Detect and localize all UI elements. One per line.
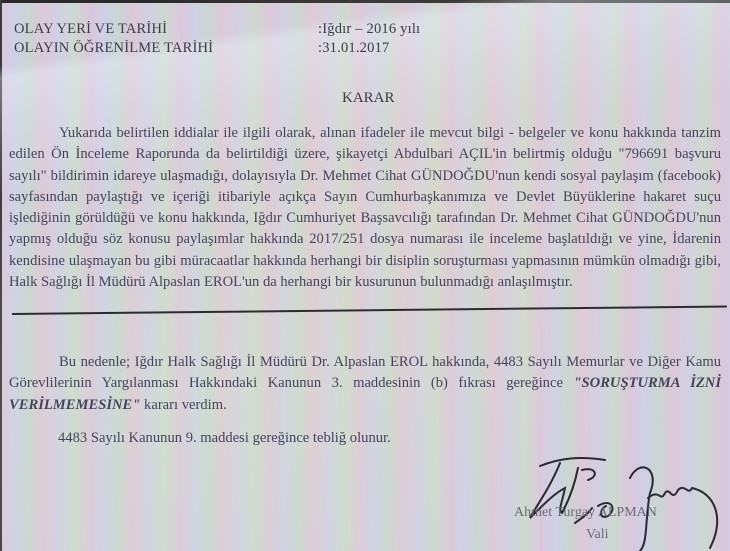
paragraph-notification: 4483 Sayılı Kanunun 9. maddesi gereğince…	[58, 428, 658, 449]
scan-left-edge	[0, 0, 2, 551]
learned-date-label: OLAYIN ÖĞRENİLME TARİHİ	[14, 40, 213, 57]
paragraph-decision: Bu nedenle; Iğdır Halk Sağlığı İl Müdürü…	[9, 352, 721, 416]
decision-text-after: kararı verdim.	[140, 397, 226, 413]
learned-date-value: :31.01.2017	[318, 40, 389, 57]
handwritten-signature	[520, 448, 730, 551]
paragraph-findings: Yukarıda belirtilen iddialar ile ilgili …	[9, 123, 721, 293]
signer-name: Ahmet Turgay ALPMAN	[514, 505, 657, 521]
event-place-value: :Iğdır – 2016 yılı	[318, 21, 420, 38]
event-place-label: OLAY YERİ VE TARİHİ	[14, 21, 167, 38]
pen-underline	[12, 306, 727, 315]
signer-title: Vali	[586, 527, 609, 543]
document-title: KARAR	[342, 90, 395, 107]
scan-top-edge	[0, 0, 730, 3]
